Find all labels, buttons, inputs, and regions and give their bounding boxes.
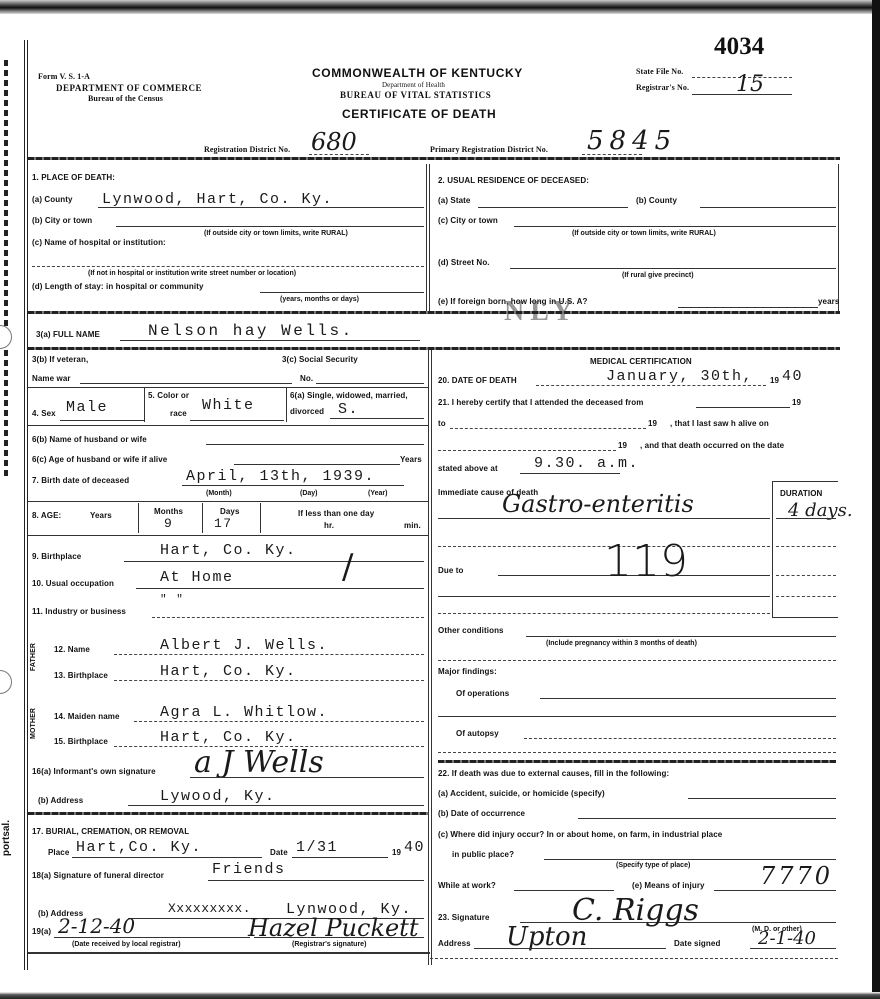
informant-address-label: (b) Address <box>38 797 83 805</box>
binding-dots <box>4 60 8 480</box>
burial-date-value: 1/31 <box>296 840 338 855</box>
death-hospital-line <box>32 266 424 267</box>
father-tag: FATHER <box>30 643 37 671</box>
other-conditions-line-2 <box>438 660 836 661</box>
occurrence-date-line <box>578 818 836 819</box>
duration-line-3 <box>776 575 836 576</box>
war-label: Name war <box>32 375 71 383</box>
spouse-age-suffix: Years <box>400 456 422 464</box>
war-line <box>80 383 292 384</box>
death-city-label: (b) City or town <box>32 217 92 225</box>
age-days-value: 17 <box>214 517 233 530</box>
scan-edge-bottom <box>0 992 880 999</box>
place-of-death-heading: 1. PLACE OF DEATH: <box>32 174 115 182</box>
marital-status-line <box>330 418 424 419</box>
residence-heading: 2. USUAL RESIDENCE OF DECEASED: <box>438 177 589 185</box>
binding-margin: portsal. <box>0 0 20 999</box>
birthplace-value: Hart, Co. Ky. <box>160 543 297 558</box>
father-birthplace-value: Hart, Co. Ky. <box>160 664 297 679</box>
form-border-left <box>24 40 28 970</box>
row-divider <box>28 535 428 536</box>
burial-date-line <box>292 857 388 858</box>
other-conditions-line <box>526 636 836 637</box>
age-hr-label: hr. <box>324 522 334 530</box>
of-autopsy-label: Of autopsy <box>456 730 499 738</box>
age-months-value: 9 <box>164 517 173 530</box>
certifier-address-label: Address <box>438 940 471 948</box>
informant-address-line <box>128 805 424 806</box>
father-name-value: Albert J. Wells. <box>160 638 328 653</box>
cell-divider <box>144 388 145 422</box>
operations-line-2 <box>438 716 836 717</box>
immediate-cause-value: Gastro-enteritis <box>502 492 694 516</box>
funeral-director-line <box>208 880 424 881</box>
primary-district-value: 5845 <box>587 128 677 154</box>
race-value: White <box>202 398 255 413</box>
cause-line-1 <box>438 518 770 519</box>
industry-line <box>152 617 424 618</box>
column-divider-main <box>428 350 432 965</box>
time-of-death-value: 9.30. a.m. <box>534 456 639 471</box>
certify-to-year: 19 <box>648 420 657 428</box>
foreign-born-suffix: years <box>818 298 839 306</box>
section-divider-burial <box>28 812 428 815</box>
race-label: race <box>170 410 187 418</box>
column-divider-top <box>426 164 430 314</box>
duration-line-1 <box>776 518 836 519</box>
of-operations-label: Of operations <box>456 690 509 698</box>
injury-place-label: (c) Where did injury occur? In or about … <box>438 831 722 839</box>
duration-box-left <box>772 481 773 617</box>
stated-above-label: stated above at <box>438 465 498 473</box>
funeral-director-label: 18(a) Signature of funeral director <box>32 872 164 880</box>
age-days-label: Days <box>220 508 240 516</box>
registrar-no-value: 15 <box>736 74 764 96</box>
burial-year-prefix: 19 <box>392 849 401 857</box>
mother-name-value: Agra L. Whitlow. <box>160 705 328 720</box>
section-divider-external <box>438 760 836 763</box>
due-to-line-3 <box>438 613 770 614</box>
father-name-line <box>114 654 424 655</box>
birth-date-line <box>182 485 404 486</box>
state-file-label: State File No. <box>636 68 683 76</box>
form-bottom-border-right <box>430 958 838 959</box>
row-divider <box>28 387 428 388</box>
registration-district-value: 680 <box>311 130 357 154</box>
full-name-line <box>120 340 420 341</box>
director-address-struck: Xxxxxxxxx. <box>168 902 251 915</box>
certify-line-3: , and that death occurred on the date <box>640 442 784 450</box>
primary-district-label: Primary Registration District No. <box>430 146 548 154</box>
mother-birthplace-label: 15. Birthplace <box>54 738 108 746</box>
mother-name-label: 14. Maiden name <box>54 713 120 721</box>
federal-bureau: Bureau of the Census <box>88 95 163 103</box>
cell-divider <box>286 388 287 422</box>
while-at-work-label: While at work? <box>438 882 496 890</box>
registrar-item-label: 19(a) <box>32 928 51 936</box>
spouse-age-label: 6(c) Age of husband or wife if alive <box>32 456 167 464</box>
autopsy-line <box>524 738 836 739</box>
age-less-than-day-label: If less than one day <box>298 510 374 518</box>
margin-note: portsal. <box>1 820 12 856</box>
scan-edge-right <box>872 0 880 999</box>
funeral-director-value: Friends <box>212 862 286 877</box>
length-of-stay-note: (years, months or days) <box>280 296 359 303</box>
date-signed-label: Date signed <box>674 940 720 948</box>
punch-hole-icon <box>0 670 12 694</box>
certify-to-label: to <box>438 420 446 428</box>
duration-label: DURATION <box>780 490 822 498</box>
commonwealth-heading: COMMONWEALTH OF KENTUCKY <box>312 67 523 79</box>
burial-place-label: Place <box>48 849 69 857</box>
informant-address-value: Lywood, Ky. <box>160 789 276 804</box>
industry-value: " " <box>160 595 184 606</box>
burial-place-line <box>72 857 262 858</box>
certify-alive-year: 19 <box>618 442 627 450</box>
operations-line <box>540 698 836 699</box>
time-of-death-line <box>520 473 620 474</box>
birth-year-note: (Year) <box>368 490 387 497</box>
certify-from-line <box>696 407 790 408</box>
birth-month-note: (Month) <box>206 490 232 497</box>
medical-certification-heading: MEDICAL CERTIFICATION <box>590 358 692 366</box>
accident-label: (a) Accident, suicide, or homicide (spec… <box>438 790 605 798</box>
age-years-label: Years <box>90 512 112 520</box>
duration-line-4 <box>776 596 836 597</box>
residence-state-line <box>478 207 628 208</box>
full-name-label: 3(a) FULL NAME <box>36 331 100 339</box>
certificate-title: CERTIFICATE OF DEATH <box>342 108 496 120</box>
form-id: Form V. S. 1-A <box>38 73 90 81</box>
mother-name-line <box>134 721 424 722</box>
certify-line-1: 21. I hereby certify that I attended the… <box>438 399 643 407</box>
burial-date-label: Date <box>270 849 288 857</box>
date-received-value: 2-12-40 <box>58 916 135 936</box>
cell-divider <box>202 503 203 533</box>
spouse-age-line <box>234 464 400 465</box>
mother-birthplace-value: Hart, Co. Ky. <box>160 730 297 745</box>
certify-alive-line <box>438 450 616 451</box>
burial-place-value: Hart,Co. Ky. <box>76 840 202 855</box>
burial-heading: 17. BURIAL, CREMATION, OR REMOVAL <box>32 828 189 836</box>
registration-district-label: Registration District No. <box>204 146 290 154</box>
other-conditions-note: (Include pregnancy within 3 months of de… <box>546 640 697 647</box>
stamp-number: 4034 <box>714 34 764 59</box>
public-place-label: in public place? <box>452 851 514 859</box>
autopsy-line-2 <box>438 752 836 753</box>
spouse-name-line <box>206 444 424 445</box>
informant-signature-label: 16(a) Informant's own signature <box>32 768 156 776</box>
header-divider <box>28 157 840 160</box>
certify-to-line <box>450 428 646 429</box>
date-received-note: (Date received by local registrar) <box>72 941 181 948</box>
father-birthplace-label: 13. Birthplace <box>54 672 108 680</box>
date-signed-line <box>750 948 836 949</box>
major-findings-label: Major findings: <box>438 668 497 676</box>
while-at-work-line <box>514 890 614 891</box>
external-causes-heading: 22. If death was due to external causes,… <box>438 770 669 778</box>
sex-value: Male <box>66 400 108 415</box>
residence-state-label: (a) State <box>438 197 470 205</box>
due-to-label: Due to <box>438 567 464 575</box>
marital-status-value: S. <box>338 402 359 417</box>
section-divider-name <box>28 347 840 350</box>
due-to-line-2 <box>438 596 770 597</box>
residence-county-label: (b) County <box>636 197 677 205</box>
birthplace-label: 9. Birthplace <box>32 553 81 561</box>
residence-street-note: (If rural give precinct) <box>622 272 694 279</box>
residence-city-line <box>514 226 836 227</box>
death-county-label: (a) County <box>32 196 73 204</box>
age-label: 8. AGE: <box>32 512 61 520</box>
residence-street-line <box>510 268 836 269</box>
informant-signature-line <box>190 777 424 778</box>
age-months-label: Months <box>154 508 183 516</box>
federal-department: DEPARTMENT OF COMMERCE <box>56 84 202 93</box>
death-certificate: Form V. S. 1-A DEPARTMENT OF COMMERCE Bu… <box>24 40 870 970</box>
duration-line-2 <box>776 546 836 547</box>
certifier-address-value: Upton <box>506 924 587 950</box>
registrar-signature-line <box>254 937 424 938</box>
industry-label: 11. Industry or business <box>32 608 126 616</box>
means-of-injury-value: 7770 <box>760 864 833 888</box>
cell-divider <box>138 503 139 533</box>
duration-box-bottom <box>772 617 838 618</box>
birth-date-label: 7. Birth date of deceased <box>32 477 129 485</box>
accident-line <box>688 798 836 799</box>
occupation-value: At Home <box>160 570 234 585</box>
length-of-stay-label: (d) Length of stay: in hospital or commu… <box>32 283 204 291</box>
ss-no-line <box>316 383 424 384</box>
punch-hole-icon <box>0 325 12 349</box>
registrar-signature-note: (Registrar's signature) <box>292 941 366 948</box>
father-birthplace-line <box>114 680 424 681</box>
marital-status-label: 6(a) Single, widowed, married, <box>290 392 408 400</box>
death-year-value: 40 <box>782 369 803 384</box>
row-divider <box>28 501 428 502</box>
burial-year-value: 40 <box>404 840 425 855</box>
veteran-label: 3(b) If veteran, <box>32 356 88 364</box>
death-city-note: (If outside city or town limits, write R… <box>204 230 348 237</box>
occurrence-date-label: (b) Date of occurrence <box>438 810 525 818</box>
divorced-label: divorced <box>290 408 324 416</box>
informant-signature-value: a J Wells <box>194 748 324 778</box>
due-to-value: 119 <box>604 540 688 584</box>
full-name-value: Nelson hay Wells. <box>148 323 354 339</box>
certifier-signature-value: C. Riggs <box>572 896 699 926</box>
state-bureau: BUREAU OF VITAL STATISTICS <box>340 91 491 100</box>
birthplace-line <box>124 561 424 562</box>
death-date-label: 20. DATE OF DEATH <box>438 377 517 385</box>
injury-place-line <box>544 859 836 860</box>
death-city-line <box>116 226 424 227</box>
sex-line <box>60 420 144 421</box>
death-county-value: Lynwood, Hart, Co. Ky. <box>102 192 333 207</box>
duration-box-top <box>772 481 838 482</box>
age-min-label: min. <box>404 522 421 530</box>
death-hospital-note: (If not in hospital or institution write… <box>88 270 296 277</box>
cell-divider <box>260 503 261 533</box>
registrar-no-label: Registrar's No. <box>636 84 689 92</box>
foreign-born-line <box>678 307 818 308</box>
section-divider-residence <box>28 311 840 314</box>
race-line <box>190 420 284 421</box>
certify-from-year: 19 <box>792 399 801 407</box>
section-border-right <box>838 164 839 314</box>
spouse-name-label: 6(b) Name of husband or wife <box>32 436 147 444</box>
death-hospital-label: (c) Name of hospital or institution: <box>32 239 166 247</box>
certifier-signature-label: 23. Signature <box>438 914 490 922</box>
row-divider <box>28 425 428 426</box>
social-security-label: 3(c) Social Security <box>282 356 358 364</box>
means-of-injury-label: (e) Means of injury <box>632 882 705 890</box>
means-of-injury-line <box>714 890 836 891</box>
death-date-line <box>536 385 766 386</box>
length-of-stay-line <box>260 292 424 293</box>
residence-street-label: (d) Street No. <box>438 259 490 267</box>
residence-city-label: (c) City or town <box>438 217 498 225</box>
residence-county-line <box>700 207 836 208</box>
color-label: 5. Color or <box>148 392 189 400</box>
state-department: Department of Health <box>382 82 445 89</box>
other-conditions-label: Other conditions <box>438 627 504 635</box>
death-year-prefix: 19 <box>770 377 779 385</box>
date-signed-value: 2-1-40 <box>758 930 816 948</box>
birth-day-note: (Day) <box>300 490 318 497</box>
birth-date-value: April, 13th, 1939. <box>186 469 375 484</box>
residence-city-note: (If outside city or town limits, write R… <box>572 230 716 237</box>
date-received-line <box>54 937 250 938</box>
certifier-address-line <box>474 948 666 949</box>
father-name-label: 12. Name <box>54 646 90 654</box>
ss-no-label: No. <box>300 375 313 383</box>
occupation-label: 10. Usual occupation <box>32 580 114 588</box>
occupation-line <box>136 588 424 589</box>
mother-tag: MOTHER <box>30 708 37 739</box>
form-bottom-border <box>28 952 430 954</box>
death-date-value: January, 30th, <box>606 369 753 384</box>
certify-line-2: , that I last saw h alive on <box>670 420 769 428</box>
check-mark: / <box>342 550 353 584</box>
scan-edge-top <box>0 0 880 14</box>
injury-place-note: (Specify type of place) <box>616 862 690 869</box>
sex-label: 4. Sex <box>32 410 56 418</box>
